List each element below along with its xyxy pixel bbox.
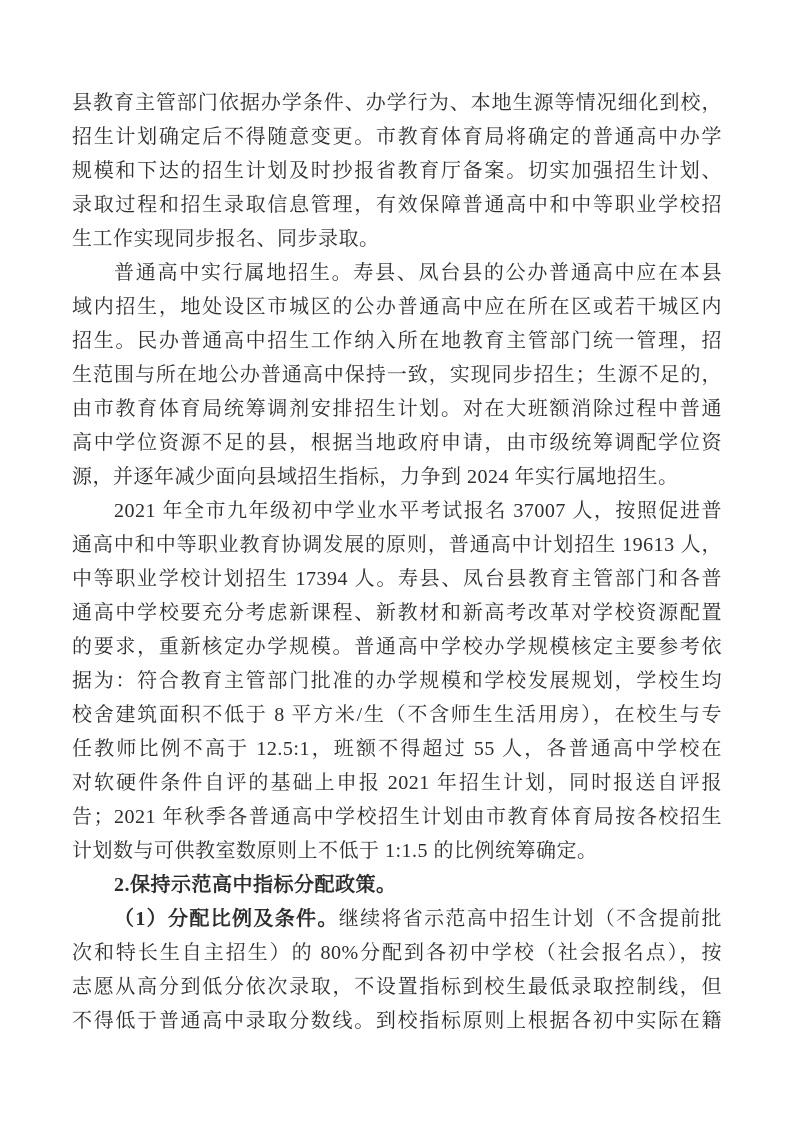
text-line: 生工作实现同步报名、同步录取。 (72, 222, 722, 256)
paragraph: 2021 年全市九年级初中学业水平考试报名 37007 人，按照促进普通高中和中… (72, 494, 722, 868)
text-line: 录取过程和招生录取信息管理，有效保障普通高中和中等职业学校招 (72, 188, 722, 222)
text-line: 高中学位资源不足的县，根据当地政府申请，由市级统筹调配学位资 (72, 426, 722, 460)
text-line: 规模和下达的招生计划及时抄报省教育厅备案。切实加强招生计划、 (72, 154, 722, 188)
text-line: 志愿从高分到低分依次录取，不设置指标到校生最低录取控制线，但 (72, 970, 722, 1004)
text-line: 县教育主管部门依据办学条件、办学行为、本地生源等情况细化到校， (72, 86, 722, 120)
text-line: （1）分配比例及条件。继续将省示范高中招生计划（不含提前批 (72, 902, 722, 936)
paragraph: 县教育主管部门依据办学条件、办学行为、本地生源等情况细化到校，招生计划确定后不得… (72, 86, 722, 256)
paragraph: 2.保持示范高中指标分配政策。 (72, 868, 722, 902)
text-line: 2.保持示范高中指标分配政策。 (72, 868, 722, 902)
text-line: 通高中和中等职业教育协调发展的原则，普通高中计划招生 19613 人， (72, 528, 722, 562)
text-line: 告；2021 年秋季各普通高中学校招生计划由市教育体育局按各校招生 (72, 800, 722, 834)
text-line: 不得低于普通高中录取分数线。到校指标原则上根据各初中实际在籍 (72, 1004, 722, 1038)
text-line: 次和特长生自主招生）的 80%分配到各初中学校（社会报名点），按 (72, 936, 722, 970)
text-line: 招生计划确定后不得随意变更。市教育体育局将确定的普通高中办学 (72, 120, 722, 154)
text-line: 生范围与所在地公办普通高中保持一致，实现同步招生；生源不足的， (72, 358, 722, 392)
text-line: 据为：符合教育主管部门批准的办学规模和学校发展规划，学校生均 (72, 664, 722, 698)
text-line: 招生。民办普通高中招生工作纳入所在地教育主管部门统一管理，招 (72, 324, 722, 358)
text-line: 域内招生，地处设区市城区的公办普通高中应在所在区或若干城区内 (72, 290, 722, 324)
text-line: 对软硬件条件自评的基础上申报 2021 年招生计划，同时报送自评报 (72, 766, 722, 800)
text-block: 县教育主管部门依据办学条件、办学行为、本地生源等情况细化到校，招生计划确定后不得… (72, 86, 722, 1038)
line-text: 继续将省示范高中招生计划（不含提前批 (339, 908, 722, 930)
document-page: 县教育主管部门依据办学条件、办学行为、本地生源等情况细化到校，招生计划确定后不得… (0, 0, 793, 1121)
text-line: 中等职业学校计划招生 17394 人。寿县、凤台县教育主管部门和各普 (72, 562, 722, 596)
text-line: 源，并逐年减少面向县域招生指标，力争到 2024 年实行属地招生。 (72, 460, 722, 494)
text-line: 计划数与可供教室数原则上不低于 1:1.5 的比例统筹确定。 (72, 834, 722, 868)
bold-lead-text: （1）分配比例及条件。 (114, 908, 339, 930)
text-line: 校舍建筑面积不低于 8 平方米/生（不含师生生活用房），在校生与专 (72, 698, 722, 732)
text-line: 普通高中实行属地招生。寿县、凤台县的公办普通高中应在本县 (72, 256, 722, 290)
paragraph: 普通高中实行属地招生。寿县、凤台县的公办普通高中应在本县域内招生，地处设区市城区… (72, 256, 722, 494)
text-line: 由市教育体育局统筹调剂安排招生计划。对在大班额消除过程中普通 (72, 392, 722, 426)
paragraph: （1）分配比例及条件。继续将省示范高中招生计划（不含提前批次和特长生自主招生）的… (72, 902, 722, 1038)
text-line: 通高中学校要充分考虑新课程、新教材和新高考改革对学校资源配置 (72, 596, 722, 630)
text-line: 的要求，重新核定办学规模。普通高中学校办学规模核定主要参考依 (72, 630, 722, 664)
text-line: 2021 年全市九年级初中学业水平考试报名 37007 人，按照促进普 (72, 494, 722, 528)
text-line: 任教师比例不高于 12.5:1，班额不得超过 55 人，各普通高中学校在 (72, 732, 722, 766)
